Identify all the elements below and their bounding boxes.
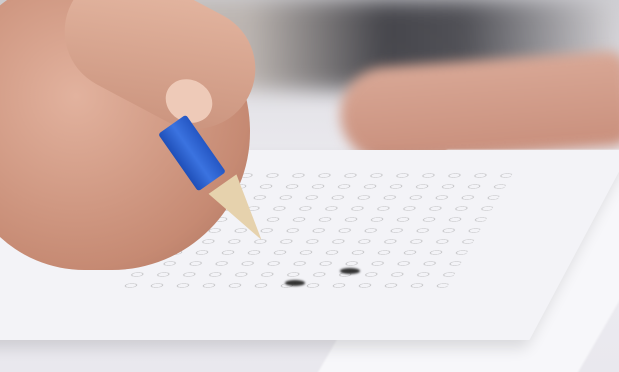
filled-bubble bbox=[285, 280, 305, 286]
background-hand bbox=[337, 50, 619, 165]
filled-bubble bbox=[340, 268, 360, 274]
